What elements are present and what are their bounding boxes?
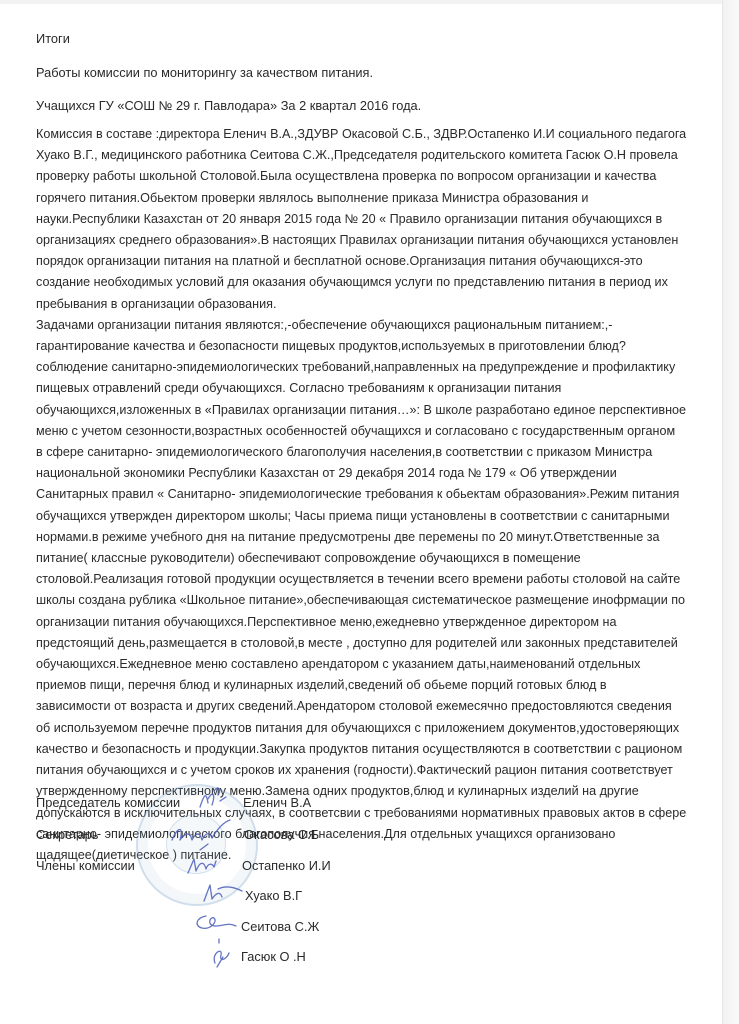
body-line: порядок организации питания на платной и… [36, 251, 712, 272]
body-line: пищевых отравлений среди обучающихся. Со… [36, 378, 712, 399]
body-line: питания обучающихся и с учетом сроков их… [36, 760, 712, 781]
body-line: обучащихся утвержден директором школы; Ч… [36, 506, 712, 527]
member-name: Остапенко И.И [242, 858, 331, 873]
body-line: предстоящий день,размещается в столовой,… [36, 633, 712, 654]
body-line: организации питания обучающихся.Перспект… [36, 612, 712, 633]
body-line: качество и безопасность и продукции.Заку… [36, 739, 712, 760]
members-label: Члены комиссии [36, 858, 135, 873]
body-line: обучающихся,изложенных в «Правилах орган… [36, 400, 712, 421]
body-line: создание необходимых условий для оказани… [36, 272, 712, 293]
chairman-role: Председатель комиссии [36, 795, 180, 810]
body-line: столовой.Реализация готовой продукции ос… [36, 569, 712, 590]
body-line: приемов пищи, перечня блюд и кулинарных … [36, 675, 712, 696]
chairman-name: Еленич В.А [243, 795, 311, 810]
body-line: нормами.в режиме учебного дня на питание… [36, 527, 712, 548]
body-line: Хуако В.Г., медицинского работника Сеито… [36, 145, 712, 166]
body-line: национальной экономики Республики Казахс… [36, 463, 712, 484]
document-subject-line: Учащихся ГУ «СОШ № 29 г. Павлодара» За 2… [36, 98, 421, 113]
body-line: обучающихся.Ежедневное меню составлено а… [36, 654, 712, 675]
secretary-role: Секретарь [36, 827, 98, 842]
secretary-name: Окасова С.Б [244, 827, 319, 842]
member-name: Хуако В.Г [245, 888, 302, 903]
document-body: Комиссия в составе :директора Еленич В.А… [36, 124, 712, 866]
body-line: науки.Республики Казахстан от 20 января … [36, 209, 712, 230]
document-title: Итоги [36, 31, 70, 46]
body-line: Комиссия в составе :директора Еленич В.А… [36, 124, 712, 145]
member-name: Гасюк О .Н [241, 949, 306, 964]
scan-right-edge [722, 0, 739, 1024]
body-line: Задачами организации питания являются:,-… [36, 315, 712, 336]
document-subtitle: Работы комиссии по мониторингу за качест… [36, 65, 373, 80]
member-name: Сеитова С.Ж [241, 919, 319, 934]
body-line: об используемом перечне продуктов питани… [36, 718, 712, 739]
body-line: проверку работы школьной Столовой.Была о… [36, 166, 712, 187]
body-line: Санитарных правил « Санитарно- эпидемиол… [36, 484, 712, 505]
body-line: горячего питания.Обьектом проверки являл… [36, 188, 712, 209]
body-line: гарантирование качества и безопасности п… [36, 336, 712, 357]
body-line: соблюдение санитарно-эпидемиологических … [36, 357, 712, 378]
body-line: зависимости от возраста и других сведени… [36, 696, 712, 717]
body-line: организациях среднего образования».В нас… [36, 230, 712, 251]
scan-top-edge [0, 0, 739, 4]
body-line: в сфере санитарно- эпидемиологического б… [36, 442, 712, 463]
body-line: школы создана рублика «Школьное питание»… [36, 590, 712, 611]
body-line: питание( классные руководители) обеспечи… [36, 548, 712, 569]
body-line: меню с учетом сезонности,возрастных особ… [36, 421, 712, 442]
body-line: пребывания в организации образования. [36, 294, 712, 315]
